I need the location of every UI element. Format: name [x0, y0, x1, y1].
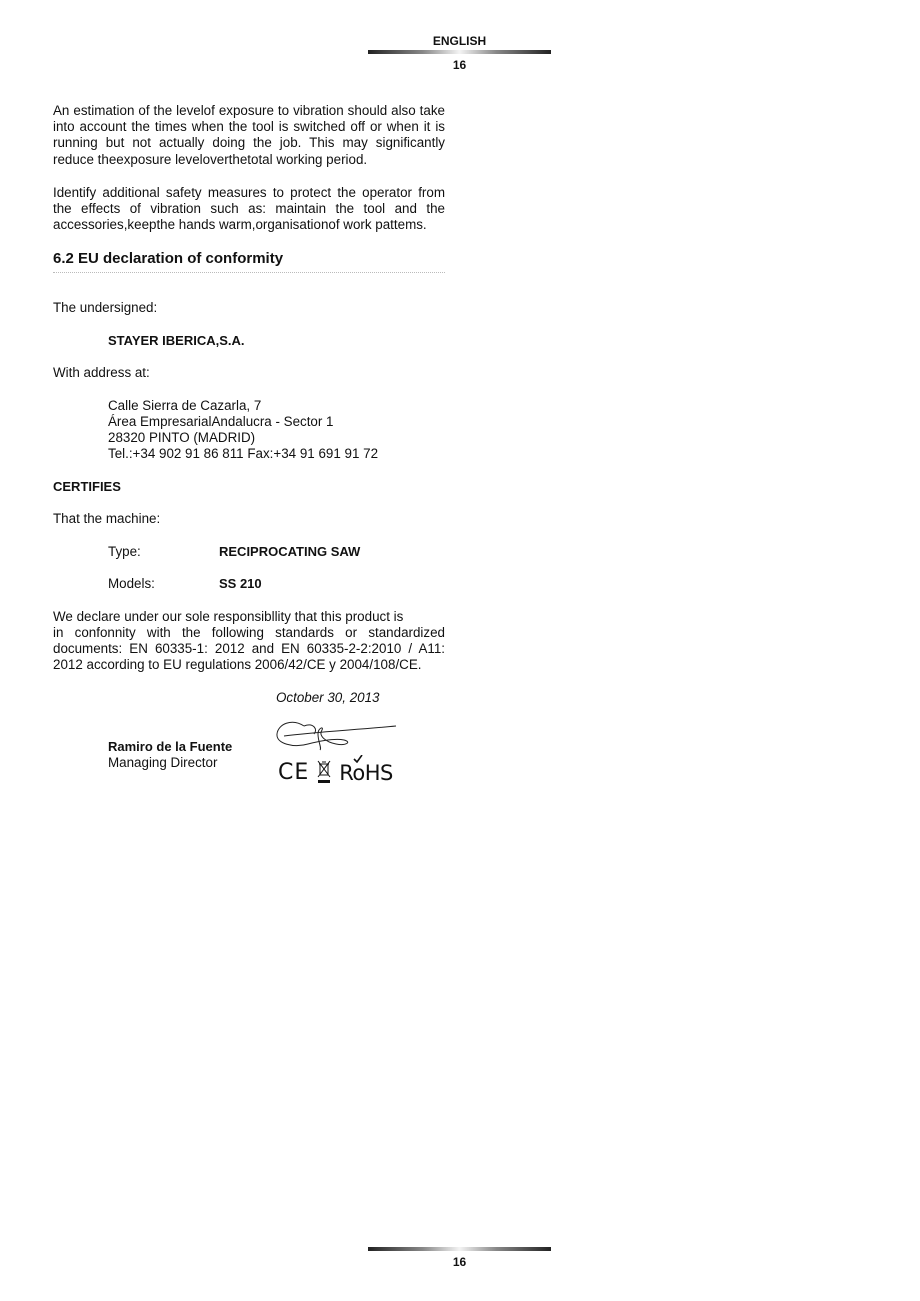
rohs-mark-label: RoHS	[339, 761, 393, 785]
certification-marks: CE RoHS	[278, 758, 393, 784]
header-divider	[368, 50, 551, 54]
address-line: 28320 PINTO (MADRID)	[108, 430, 255, 445]
address-line: Tel.:+34 902 91 86 811 Fax:+34 91 691 91…	[108, 446, 378, 461]
safety-measures-paragraph: Identify additional safety measures to p…	[53, 185, 445, 234]
signatory-title: Managing Director	[108, 755, 217, 770]
section-heading: 6.2 EU declaration of conformity	[53, 250, 283, 267]
address-line: Calle Sierra de Cazarla, 7	[108, 398, 261, 413]
address-label: With address at:	[53, 365, 150, 380]
weee-crossed-bin-icon	[317, 760, 331, 784]
undersigned-label: The undersigned:	[53, 300, 157, 315]
signature-image	[274, 714, 398, 752]
header-page-number: 16	[368, 58, 551, 72]
address-line: Área EmpresarialAndalucra - Sector 1	[108, 414, 334, 429]
declaration-date: October 30, 2013	[276, 690, 379, 705]
declaration-first-line: We declare under our sole responsibllity…	[53, 609, 403, 624]
models-value: SS 210	[219, 576, 262, 591]
footer-divider	[368, 1247, 551, 1251]
header-language: ENGLISH	[368, 34, 551, 48]
company-name: STAYER IBERICA,S.A.	[108, 333, 245, 348]
footer-page-number: 16	[368, 1255, 551, 1269]
models-label: Models:	[108, 576, 155, 591]
machine-label: That the machine:	[53, 511, 160, 526]
ce-mark-icon: CE	[278, 762, 309, 784]
section-divider	[53, 272, 445, 273]
rohs-mark-icon: RoHS	[339, 762, 393, 784]
signatory-name: Ramiro de la Fuente	[108, 739, 232, 754]
type-label: Type:	[108, 544, 141, 559]
vibration-exposure-paragraph: An estimation of the levelof exposure to…	[53, 103, 445, 168]
type-value: RECIPROCATING SAW	[219, 544, 360, 559]
declaration-standards-paragraph: in confonnity with the following standar…	[53, 625, 445, 674]
rohs-check-icon	[353, 755, 363, 763]
certifies-label: CERTIFIES	[53, 479, 121, 494]
